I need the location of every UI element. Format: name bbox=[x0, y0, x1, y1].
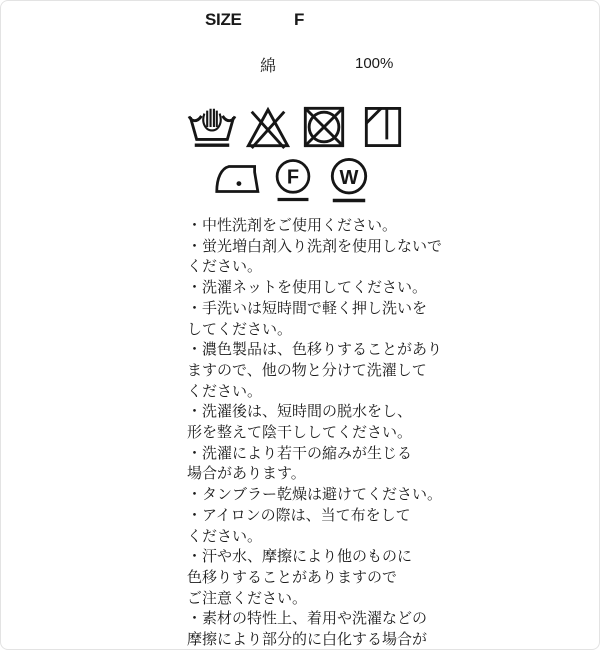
hand-wash-icon bbox=[186, 103, 238, 149]
care-instruction-line: ・濃色製品は、色移りすることがあり bbox=[187, 340, 467, 361]
care-instruction-line: ・素材の特性上、着用や洗濯などの bbox=[187, 609, 467, 630]
f-letter: F bbox=[287, 167, 299, 189]
wet-clean-gentle-icon: W bbox=[328, 156, 370, 204]
iron-one-dot-icon bbox=[214, 162, 262, 196]
care-instruction-line: ますので、他の物と分けて洗濯して bbox=[187, 361, 467, 382]
care-label-image: SIZE F 綿 100% bbox=[0, 0, 600, 650]
do-not-tumble-dry-icon bbox=[300, 104, 348, 150]
care-instruction-line: 場合があります。 bbox=[187, 464, 467, 485]
material-percent: 100% bbox=[355, 55, 393, 72]
care-instruction-line: ・洗濯により若干の縮みが生じる bbox=[187, 444, 467, 465]
care-instruction-line: ・蛍光増白剤入り洗剤を使用しないで bbox=[187, 237, 467, 258]
care-instruction-line: ・タンブラー乾燥は避けてください。 bbox=[187, 485, 467, 506]
dry-clean-f-gentle-icon: F bbox=[273, 156, 313, 204]
care-instruction-line: 色移りすることがありますので bbox=[187, 568, 467, 589]
care-instruction-line: ・汗や水、摩擦により他のものに bbox=[187, 547, 467, 568]
w-letter: W bbox=[340, 167, 359, 189]
care-instruction-line: ・アイロンの際は、当て布をして bbox=[187, 506, 467, 527]
care-instruction-line: ・中性洗剤をご使用ください。 bbox=[187, 216, 467, 237]
care-instruction-line: 形を整えて陰干ししてください。 bbox=[187, 423, 467, 444]
size-value: F bbox=[294, 10, 304, 30]
line-dry-in-shade-icon bbox=[363, 105, 403, 149]
care-instruction-line: ください。 bbox=[187, 527, 467, 548]
care-instruction-line: ください。 bbox=[187, 382, 467, 403]
care-instruction-line: ・洗濯ネットを使用してください。 bbox=[187, 278, 467, 299]
care-instruction-line: ご注意ください。 bbox=[187, 589, 467, 610]
do-not-bleach-icon bbox=[244, 104, 292, 150]
care-instruction-line: ・洗濯後は、短時間の脱水をし、 bbox=[187, 402, 467, 423]
care-instruction-line: 摩擦により部分的に白化する場合が bbox=[187, 630, 467, 650]
care-instruction-line: ください。 bbox=[187, 257, 467, 278]
care-instructions: ・中性洗剤をご使用ください。・蛍光増白剤入り洗剤を使用しないでください。・洗濯ネ… bbox=[187, 216, 467, 650]
care-instruction-line: ・手洗いは短時間で軽く押し洗いを bbox=[187, 299, 467, 320]
care-instruction-line: してください。 bbox=[187, 320, 467, 341]
size-label: SIZE bbox=[205, 10, 242, 30]
material-name: 綿 bbox=[260, 53, 276, 76]
